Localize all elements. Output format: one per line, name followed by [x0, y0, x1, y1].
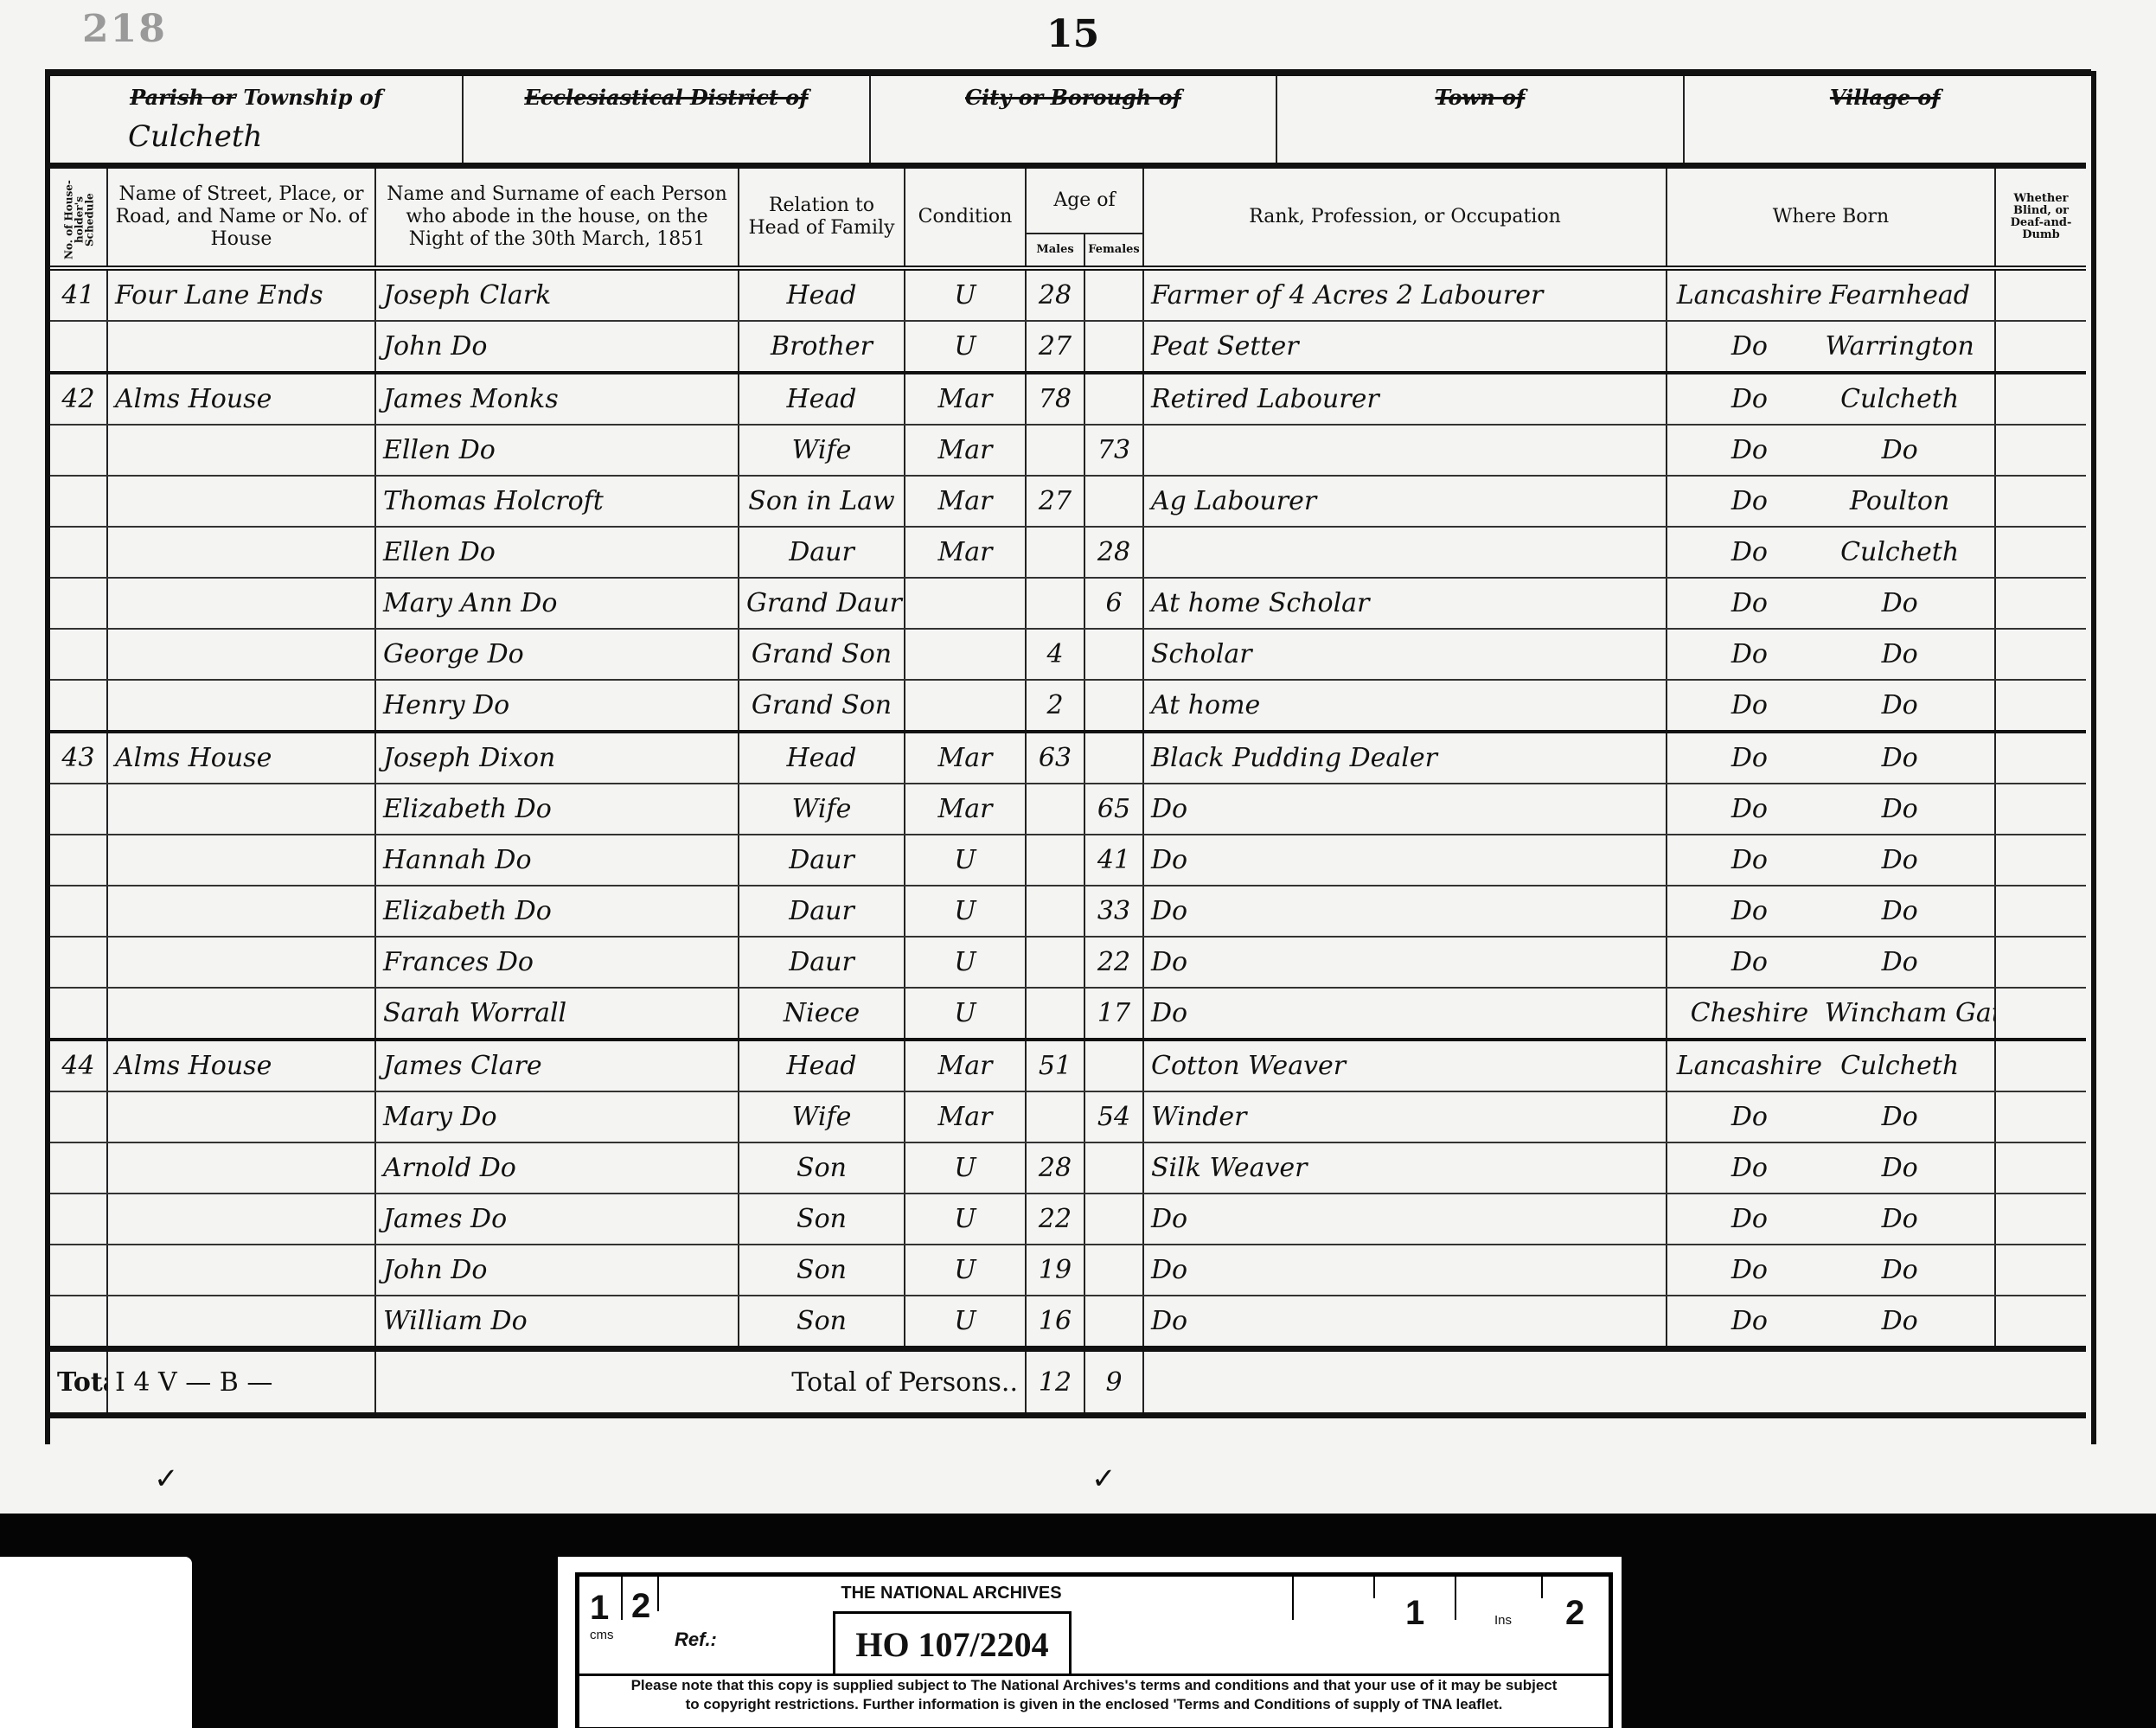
born-place: Do [1825, 588, 1975, 618]
born-place: Do [1825, 1153, 1975, 1183]
male-age: 78 [1026, 373, 1084, 425]
born-county: Do [1674, 1255, 1825, 1285]
where-born: DoDo [1667, 835, 1995, 886]
table-row: Hannah DoDaurU41DoDoDo [50, 835, 2086, 886]
female-age: 28 [1084, 527, 1143, 578]
occupation: Do [1143, 886, 1667, 937]
born-county: Do [1674, 794, 1825, 824]
person-name: Arnold Do [375, 1142, 739, 1194]
male-age: 28 [1026, 1142, 1084, 1194]
where-born: DoWarrington [1667, 321, 1995, 373]
occupation: Retired Labourer [1143, 373, 1667, 425]
street-name [107, 937, 375, 988]
occupation: Silk Weaver [1143, 1142, 1667, 1194]
relation: Son [739, 1296, 905, 1349]
schedule-number [50, 680, 107, 732]
occupation: Do [1143, 988, 1667, 1040]
person-name: Ellen Do [375, 425, 739, 476]
born-place: Do [1825, 690, 1975, 720]
person-name: Mary Ann Do [375, 578, 739, 629]
born-county: Do [1674, 743, 1825, 773]
schedule-number [50, 835, 107, 886]
blind-deaf [1995, 527, 2086, 578]
born-place: Poulton [1825, 486, 1975, 516]
schedule-number: 43 [50, 732, 107, 784]
census-table: No. of House-holder's Schedule Name of S… [50, 169, 2086, 1418]
table-row: Thomas HolcroftSon in LawMar27Ag Laboure… [50, 476, 2086, 527]
male-age: 27 [1026, 321, 1084, 373]
schedule-number [50, 629, 107, 680]
born-place: Do [1825, 639, 1975, 669]
blind-deaf [1995, 784, 2086, 835]
table-row: Frances DoDaurU22DoDoDo [50, 937, 2086, 988]
where-born: LancashireCulcheth [1667, 1040, 1995, 1091]
where-born: DoCulcheth [1667, 527, 1995, 578]
place-label-struck: Ecclesiastical District of [464, 85, 868, 110]
page-number: 15 [1046, 12, 1099, 56]
table-row: 41Four Lane EndsJoseph ClarkHeadU28Farme… [50, 268, 2086, 321]
born-county: Do [1674, 896, 1825, 926]
condition: Mar [905, 732, 1026, 784]
total-persons-label: Total of Persons.. [375, 1349, 1026, 1416]
street-name [107, 1142, 375, 1194]
blind-deaf [1995, 1040, 2086, 1091]
condition: Mar [905, 527, 1026, 578]
where-born: DoDo [1667, 578, 1995, 629]
where-born: LancashireFearnhead [1667, 268, 1995, 321]
male-age: 51 [1026, 1040, 1084, 1091]
col-males: Males [1027, 234, 1085, 266]
born-county: Do [1674, 1153, 1825, 1183]
table-row: Mary Ann DoGrand Daur6At home ScholarDoD… [50, 578, 2086, 629]
male-age [1026, 527, 1084, 578]
person-name: Frances Do [375, 937, 739, 988]
col-street: Name of Street, Place, or Road, and Name… [107, 169, 375, 268]
occupation: Do [1143, 1296, 1667, 1349]
born-place: Do [1825, 743, 1975, 773]
male-age [1026, 1091, 1084, 1142]
born-place: Do [1825, 1255, 1975, 1285]
blind-deaf [1995, 578, 2086, 629]
blind-deaf [1995, 937, 2086, 988]
person-name: Thomas Holcroft [375, 476, 739, 527]
blind-deaf [1995, 732, 2086, 784]
schedule-number [50, 1296, 107, 1349]
born-county: Lancashire [1674, 1051, 1825, 1081]
where-born: DoPoulton [1667, 476, 1995, 527]
person-name: John Do [375, 321, 739, 373]
institution-name: THE NATIONAL ARCHIVES [804, 1584, 1098, 1603]
female-age [1084, 1040, 1143, 1091]
place-label-struck: Village of [1685, 85, 2086, 110]
street-name [107, 578, 375, 629]
check-mark: ✓ [154, 1462, 179, 1496]
relation: Son in Law [739, 476, 905, 527]
schedule-number [50, 1091, 107, 1142]
condition: U [905, 1296, 1026, 1349]
condition: U [905, 835, 1026, 886]
schedule-number [50, 425, 107, 476]
place-village: Village of [1685, 76, 2086, 163]
occupation: Winder [1143, 1091, 1667, 1142]
street-name: Alms House [107, 373, 375, 425]
cms-number: 1 [590, 1589, 614, 1628]
where-born: DoDo [1667, 784, 1995, 835]
female-age: 73 [1084, 425, 1143, 476]
relation: Daur [739, 937, 905, 988]
female-age [1084, 1245, 1143, 1296]
female-age: 22 [1084, 937, 1143, 988]
place-borough: City or Borough of [871, 76, 1277, 163]
relation: Wife [739, 1091, 905, 1142]
born-county: Do [1674, 639, 1825, 669]
column-header-row: No. of House-holder's Schedule Name of S… [50, 169, 2086, 268]
census-rows: 41Four Lane EndsJoseph ClarkHeadU28Farme… [50, 268, 2086, 1349]
relation: Grand Son [739, 629, 905, 680]
table-row: James DoSonU22DoDoDo [50, 1194, 2086, 1245]
col-age: Age of Males Females [1026, 169, 1143, 268]
blind-deaf [1995, 629, 2086, 680]
male-age [1026, 835, 1084, 886]
blind-deaf [1995, 1091, 2086, 1142]
schedule-number [50, 578, 107, 629]
person-name: Hannah Do [375, 835, 739, 886]
condition: U [905, 1142, 1026, 1194]
blind-deaf [1995, 268, 2086, 321]
street-name [107, 1194, 375, 1245]
schedule-number: 42 [50, 373, 107, 425]
male-age: 19 [1026, 1245, 1084, 1296]
where-born: DoCulcheth [1667, 373, 1995, 425]
female-age [1084, 1296, 1143, 1349]
person-name: Elizabeth Do [375, 886, 739, 937]
male-age: 4 [1026, 629, 1084, 680]
occupation: At home [1143, 680, 1667, 732]
male-age [1026, 937, 1084, 988]
male-age [1026, 425, 1084, 476]
table-row: Henry DoGrand Son2At homeDoDo [50, 680, 2086, 732]
relation: Head [739, 268, 905, 321]
born-place: Do [1825, 845, 1975, 875]
schedule-number: 44 [50, 1040, 107, 1091]
blank-card [0, 1557, 192, 1728]
female-age [1084, 680, 1143, 732]
street-name [107, 321, 375, 373]
schedule-number [50, 1245, 107, 1296]
female-age [1084, 476, 1143, 527]
place-ecclesiastical: Ecclesiastical District of [464, 76, 870, 163]
relation: Son [739, 1245, 905, 1296]
street-name [107, 629, 375, 680]
female-age [1084, 1142, 1143, 1194]
occupation: Scholar [1143, 629, 1667, 680]
occupation: Do [1143, 937, 1667, 988]
total-houses-value: I 4 V — B — [107, 1349, 375, 1416]
born-place: Do [1825, 1306, 1975, 1336]
street-name [107, 784, 375, 835]
relation: Wife [739, 784, 905, 835]
schedule-number [50, 527, 107, 578]
male-age: 27 [1026, 476, 1084, 527]
condition: U [905, 1194, 1026, 1245]
born-place: Do [1825, 1204, 1975, 1234]
where-born: CheshireWincham Gate [1667, 988, 1995, 1040]
relation: Wife [739, 425, 905, 476]
relation: Head [739, 373, 905, 425]
where-born: DoDo [1667, 425, 1995, 476]
blind-deaf [1995, 988, 2086, 1040]
condition: U [905, 268, 1026, 321]
col-relation: Relation to Head of Family [739, 169, 905, 268]
born-place: Do [1825, 947, 1975, 977]
condition [905, 578, 1026, 629]
relation: Daur [739, 886, 905, 937]
place-header-row: Parish or Township of Culcheth Ecclesias… [50, 76, 2086, 169]
blind-deaf [1995, 1296, 2086, 1349]
where-born: DoDo [1667, 937, 1995, 988]
occupation: Do [1143, 835, 1667, 886]
relation: Niece [739, 988, 905, 1040]
born-place: Do [1825, 1102, 1975, 1132]
condition: Mar [905, 373, 1026, 425]
male-age [1026, 784, 1084, 835]
born-place: Culcheth [1825, 384, 1975, 414]
where-born: DoDo [1667, 1245, 1995, 1296]
born-place: Wincham Gate [1825, 998, 1975, 1028]
born-county: Do [1674, 845, 1825, 875]
blind-deaf [1995, 1245, 2086, 1296]
blind-deaf [1995, 476, 2086, 527]
folio-mark: 218 [82, 7, 167, 51]
occupation: Do [1143, 1245, 1667, 1296]
place-label-struck: City or Borough of [871, 85, 1276, 110]
born-place: Culcheth [1825, 537, 1975, 567]
table-row: George DoGrand Son4ScholarDoDo [50, 629, 2086, 680]
where-born: DoDo [1667, 1091, 1995, 1142]
relation: Head [739, 1040, 905, 1091]
person-name: Mary Do [375, 1091, 739, 1142]
female-age: 41 [1084, 835, 1143, 886]
relation: Brother [739, 321, 905, 373]
male-age [1026, 578, 1084, 629]
totals-row: Total of Houses I 4 V — B — Total of Per… [50, 1349, 2086, 1416]
born-county: Do [1674, 588, 1825, 618]
condition: Mar [905, 425, 1026, 476]
col-blind: Whether Blind, or Deaf-and-Dumb [1995, 169, 2086, 268]
born-county: Cheshire [1674, 998, 1825, 1028]
archive-label: 1 cms 2 Ref.: THE NATIONAL ARCHIVES HO 1… [558, 1557, 1622, 1728]
born-county: Do [1674, 384, 1825, 414]
township-value: Culcheth [128, 119, 262, 154]
condition: U [905, 988, 1026, 1040]
person-name: Joseph Dixon [375, 732, 739, 784]
where-born: DoDo [1667, 1296, 1995, 1349]
person-name: Elizabeth Do [375, 784, 739, 835]
occupation: Farmer of 4 Acres 2 Labourer [1143, 268, 1667, 321]
col-condition: Condition [905, 169, 1026, 268]
copyright-notice: Please note that this copy is supplied s… [579, 1676, 1609, 1714]
street-name [107, 425, 375, 476]
street-name [107, 1245, 375, 1296]
table-row: Ellen DoWifeMar73DoDo [50, 425, 2086, 476]
born-county: Do [1674, 1204, 1825, 1234]
born-county: Lancashire [1674, 280, 1825, 310]
born-place: Culcheth [1825, 1051, 1975, 1081]
person-name: William Do [375, 1296, 739, 1349]
person-name: John Do [375, 1245, 739, 1296]
schedule-number [50, 476, 107, 527]
relation: Head [739, 732, 905, 784]
table-row: Elizabeth DoDaurU33DoDoDo [50, 886, 2086, 937]
person-name: Henry Do [375, 680, 739, 732]
where-born: DoDo [1667, 1142, 1995, 1194]
place-label: Township of [243, 85, 382, 110]
male-age: 22 [1026, 1194, 1084, 1245]
condition: Mar [905, 476, 1026, 527]
col-name: Name and Surname of each Person who abod… [375, 169, 739, 268]
condition: U [905, 886, 1026, 937]
person-name: Joseph Clark [375, 268, 739, 321]
occupation [1143, 527, 1667, 578]
blind-deaf [1995, 1142, 2086, 1194]
born-place: Do [1825, 896, 1975, 926]
female-age [1084, 1194, 1143, 1245]
schedule-number [50, 1142, 107, 1194]
table-row: Sarah WorrallNieceU17DoCheshireWincham G… [50, 988, 2086, 1040]
where-born: DoDo [1667, 1194, 1995, 1245]
person-name: George Do [375, 629, 739, 680]
table-row: 42Alms HouseJames MonksHeadMar78Retired … [50, 373, 2086, 425]
relation: Daur [739, 835, 905, 886]
occupation: Peat Setter [1143, 321, 1667, 373]
street-name [107, 988, 375, 1040]
male-age: 16 [1026, 1296, 1084, 1349]
relation: Son [739, 1194, 905, 1245]
occupation [1143, 425, 1667, 476]
schedule-number [50, 937, 107, 988]
male-age: 2 [1026, 680, 1084, 732]
table-row: William DoSonU16DoDoDo [50, 1296, 2086, 1349]
condition [905, 680, 1026, 732]
total-females: 9 [1084, 1349, 1143, 1416]
where-born: DoDo [1667, 886, 1995, 937]
street-name [107, 886, 375, 937]
table-row: Arnold DoSonU28Silk WeaverDoDo [50, 1142, 2086, 1194]
occupation: Ag Labourer [1143, 476, 1667, 527]
female-age [1084, 732, 1143, 784]
blind-deaf [1995, 1194, 2086, 1245]
blind-deaf [1995, 886, 2086, 937]
place-township: Parish or Township of Culcheth [50, 76, 464, 163]
street-name [107, 476, 375, 527]
born-place: Warrington [1825, 331, 1975, 362]
blind-deaf [1995, 425, 2086, 476]
schedule-number [50, 1194, 107, 1245]
female-age [1084, 629, 1143, 680]
schedule-number [50, 784, 107, 835]
born-county: Do [1674, 690, 1825, 720]
where-born: DoDo [1667, 680, 1995, 732]
table-row: John DoSonU19DoDoDo [50, 1245, 2086, 1296]
condition: Mar [905, 1091, 1026, 1142]
female-age: 65 [1084, 784, 1143, 835]
occupation: At home Scholar [1143, 578, 1667, 629]
condition: U [905, 937, 1026, 988]
col-age-of: Age of [1027, 169, 1142, 234]
street-name: Alms House [107, 1040, 375, 1091]
table-row: Ellen DoDaurMar28DoCulcheth [50, 527, 2086, 578]
condition: Mar [905, 784, 1026, 835]
born-county: Do [1674, 1306, 1825, 1336]
female-age: 33 [1084, 886, 1143, 937]
col-females: Females [1085, 234, 1142, 266]
blind-deaf [1995, 835, 2086, 886]
street-name [107, 835, 375, 886]
person-name: James Clare [375, 1040, 739, 1091]
table-row: Elizabeth DoWifeMar65DoDoDo [50, 784, 2086, 835]
occupation: Do [1143, 1194, 1667, 1245]
male-age: 63 [1026, 732, 1084, 784]
where-born: DoDo [1667, 732, 1995, 784]
female-age: 17 [1084, 988, 1143, 1040]
born-place: Do [1825, 794, 1975, 824]
scale-two: 2 [631, 1587, 650, 1684]
street-name [107, 527, 375, 578]
check-mark: ✓ [1091, 1462, 1116, 1496]
condition: U [905, 321, 1026, 373]
female-age: 54 [1084, 1091, 1143, 1142]
schedule-number [50, 886, 107, 937]
condition: U [905, 1245, 1026, 1296]
table-row: 44Alms HouseJames ClareHeadMar51Cotton W… [50, 1040, 2086, 1091]
female-age [1084, 373, 1143, 425]
female-age [1084, 321, 1143, 373]
street-name: Four Lane Ends [107, 268, 375, 321]
reference-number: HO 107/2204 [833, 1611, 1072, 1674]
total-males: 12 [1026, 1349, 1084, 1416]
condition: Mar [905, 1040, 1026, 1091]
born-county: Do [1674, 331, 1825, 362]
place-town: Town of [1277, 76, 1684, 163]
schedule-number [50, 988, 107, 1040]
person-name: James Do [375, 1194, 739, 1245]
table-row: John DoBrotherU27Peat SetterDoWarrington [50, 321, 2086, 373]
condition [905, 629, 1026, 680]
female-age [1084, 268, 1143, 321]
table-row: Mary DoWifeMar54WinderDoDo [50, 1091, 2086, 1142]
male-age: 28 [1026, 268, 1084, 321]
blind-deaf [1995, 373, 2086, 425]
total-houses-label: Total of Houses [50, 1349, 107, 1416]
col-schedule: No. of House-holder's Schedule [50, 169, 107, 268]
male-age [1026, 988, 1084, 1040]
occupation: Cotton Weaver [1143, 1040, 1667, 1091]
place-label-struck: Town of [1277, 85, 1682, 110]
relation: Grand Son [739, 680, 905, 732]
born-county: Do [1674, 486, 1825, 516]
street-name [107, 680, 375, 732]
schedule-number [50, 321, 107, 373]
col-where-born: Where Born [1667, 169, 1995, 268]
census-page: 218 15 Parish or Township of Culcheth Ec… [0, 0, 2156, 1514]
born-county: Do [1674, 1102, 1825, 1132]
relation: Grand Daur [739, 578, 905, 629]
col-occupation: Rank, Profession, or Occupation [1143, 169, 1667, 268]
where-born: DoDo [1667, 629, 1995, 680]
street-name [107, 1296, 375, 1349]
person-name: Ellen Do [375, 527, 739, 578]
blind-deaf [1995, 321, 2086, 373]
